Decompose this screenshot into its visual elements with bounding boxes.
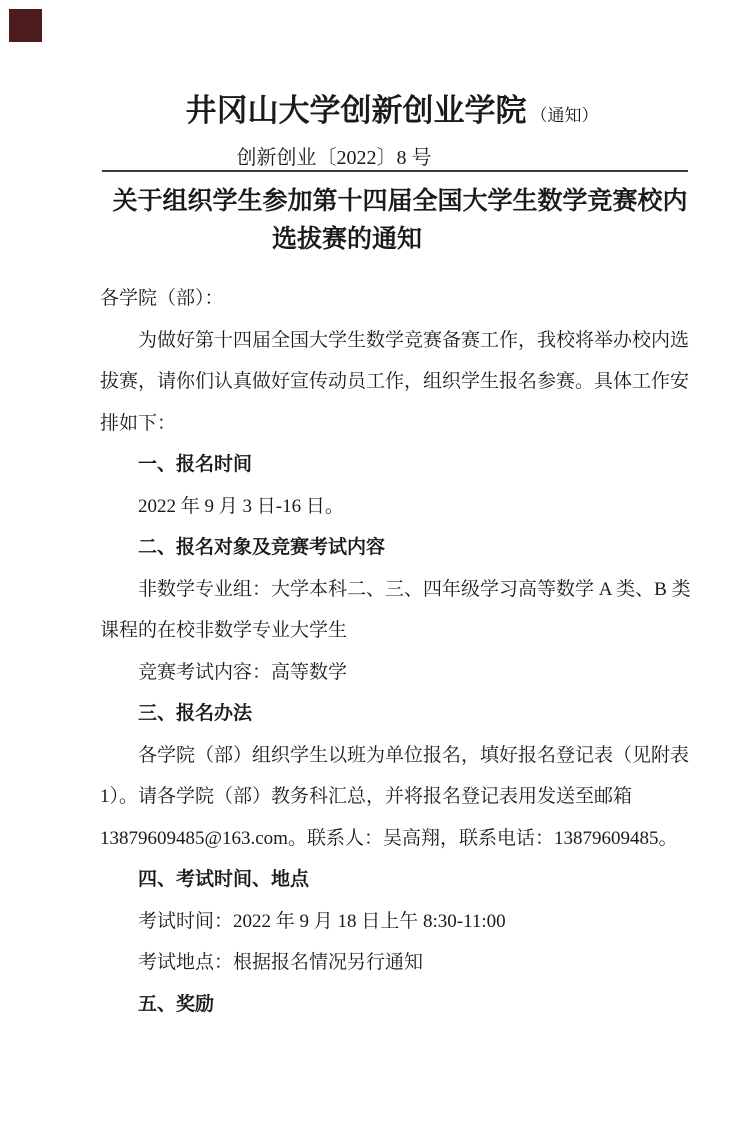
notice-title-line1: 关于组织学生参加第十四届全国大学生数学竞赛校内 bbox=[25, 182, 750, 220]
body-line: 1）。请各学院（部）教务科汇总，并将报名登记表用发送至邮箱 bbox=[100, 776, 660, 818]
section-heading: 三、报名办法 bbox=[100, 693, 660, 735]
body-line: 各学院（部）组织学生以班为单位报名，填好报名登记表（见附表 bbox=[100, 735, 660, 777]
body-line: 非数学专业组：大学本科二、三、四年级学习高等数学 A 类、B 类 bbox=[100, 569, 660, 611]
notice-type-suffix: （通知） bbox=[531, 106, 599, 125]
body-line: 拔赛，请你们认真做好宣传动员工作，组织学生报名参赛。具体工作安 bbox=[100, 361, 660, 403]
body-line: 课程的在校非数学专业大学生 bbox=[100, 610, 660, 652]
section-heading: 四、考试时间、地点 bbox=[100, 859, 660, 901]
body-line: 考试地点：根据报名情况另行通知 bbox=[100, 942, 660, 984]
document-number: 创新创业〔2022〕8 号 bbox=[237, 147, 432, 169]
body-line: 考试时间：2022 年 9 月 18 日上午 8:30-11:00 bbox=[100, 901, 660, 943]
document-page: 井冈山大学创新创业学院 （通知） 创新创业〔2022〕8 号 关于组织学生参加第… bbox=[0, 0, 750, 1123]
header-divider bbox=[102, 170, 688, 172]
notice-title-line2: 选拔赛的通知 bbox=[0, 220, 722, 258]
body-line: 各学院（部）： bbox=[100, 278, 660, 320]
notice-title: 关于组织学生参加第十四届全国大学生数学竞赛校内 选拔赛的通知 bbox=[0, 182, 750, 258]
body-line: 为做好第十四届全国大学生数学竞赛备赛工作，我校将举办校内选 bbox=[100, 320, 660, 362]
body-line: 竞赛考试内容：高等数学 bbox=[100, 652, 660, 694]
body-line: 2022 年 9 月 3 日-16 日。 bbox=[100, 486, 660, 528]
section-heading: 二、报名对象及竞赛考试内容 bbox=[100, 527, 660, 569]
notice-body: 各学院（部）：为做好第十四届全国大学生数学竞赛备赛工作，我校将举办校内选拔赛，请… bbox=[100, 278, 660, 1025]
section-heading: 一、报名时间 bbox=[100, 444, 660, 486]
section-heading: 五、奖励 bbox=[100, 984, 660, 1026]
body-line: 13879609485@163.com。联系人：吴高翔，联系电话：1387960… bbox=[100, 818, 660, 860]
letterhead: 井冈山大学创新创业学院 （通知） bbox=[17, 90, 750, 138]
body-line: 排如下： bbox=[100, 403, 660, 445]
organization-title: 井冈山大学创新创业学院 bbox=[186, 93, 527, 128]
corner-mark bbox=[9, 9, 42, 42]
